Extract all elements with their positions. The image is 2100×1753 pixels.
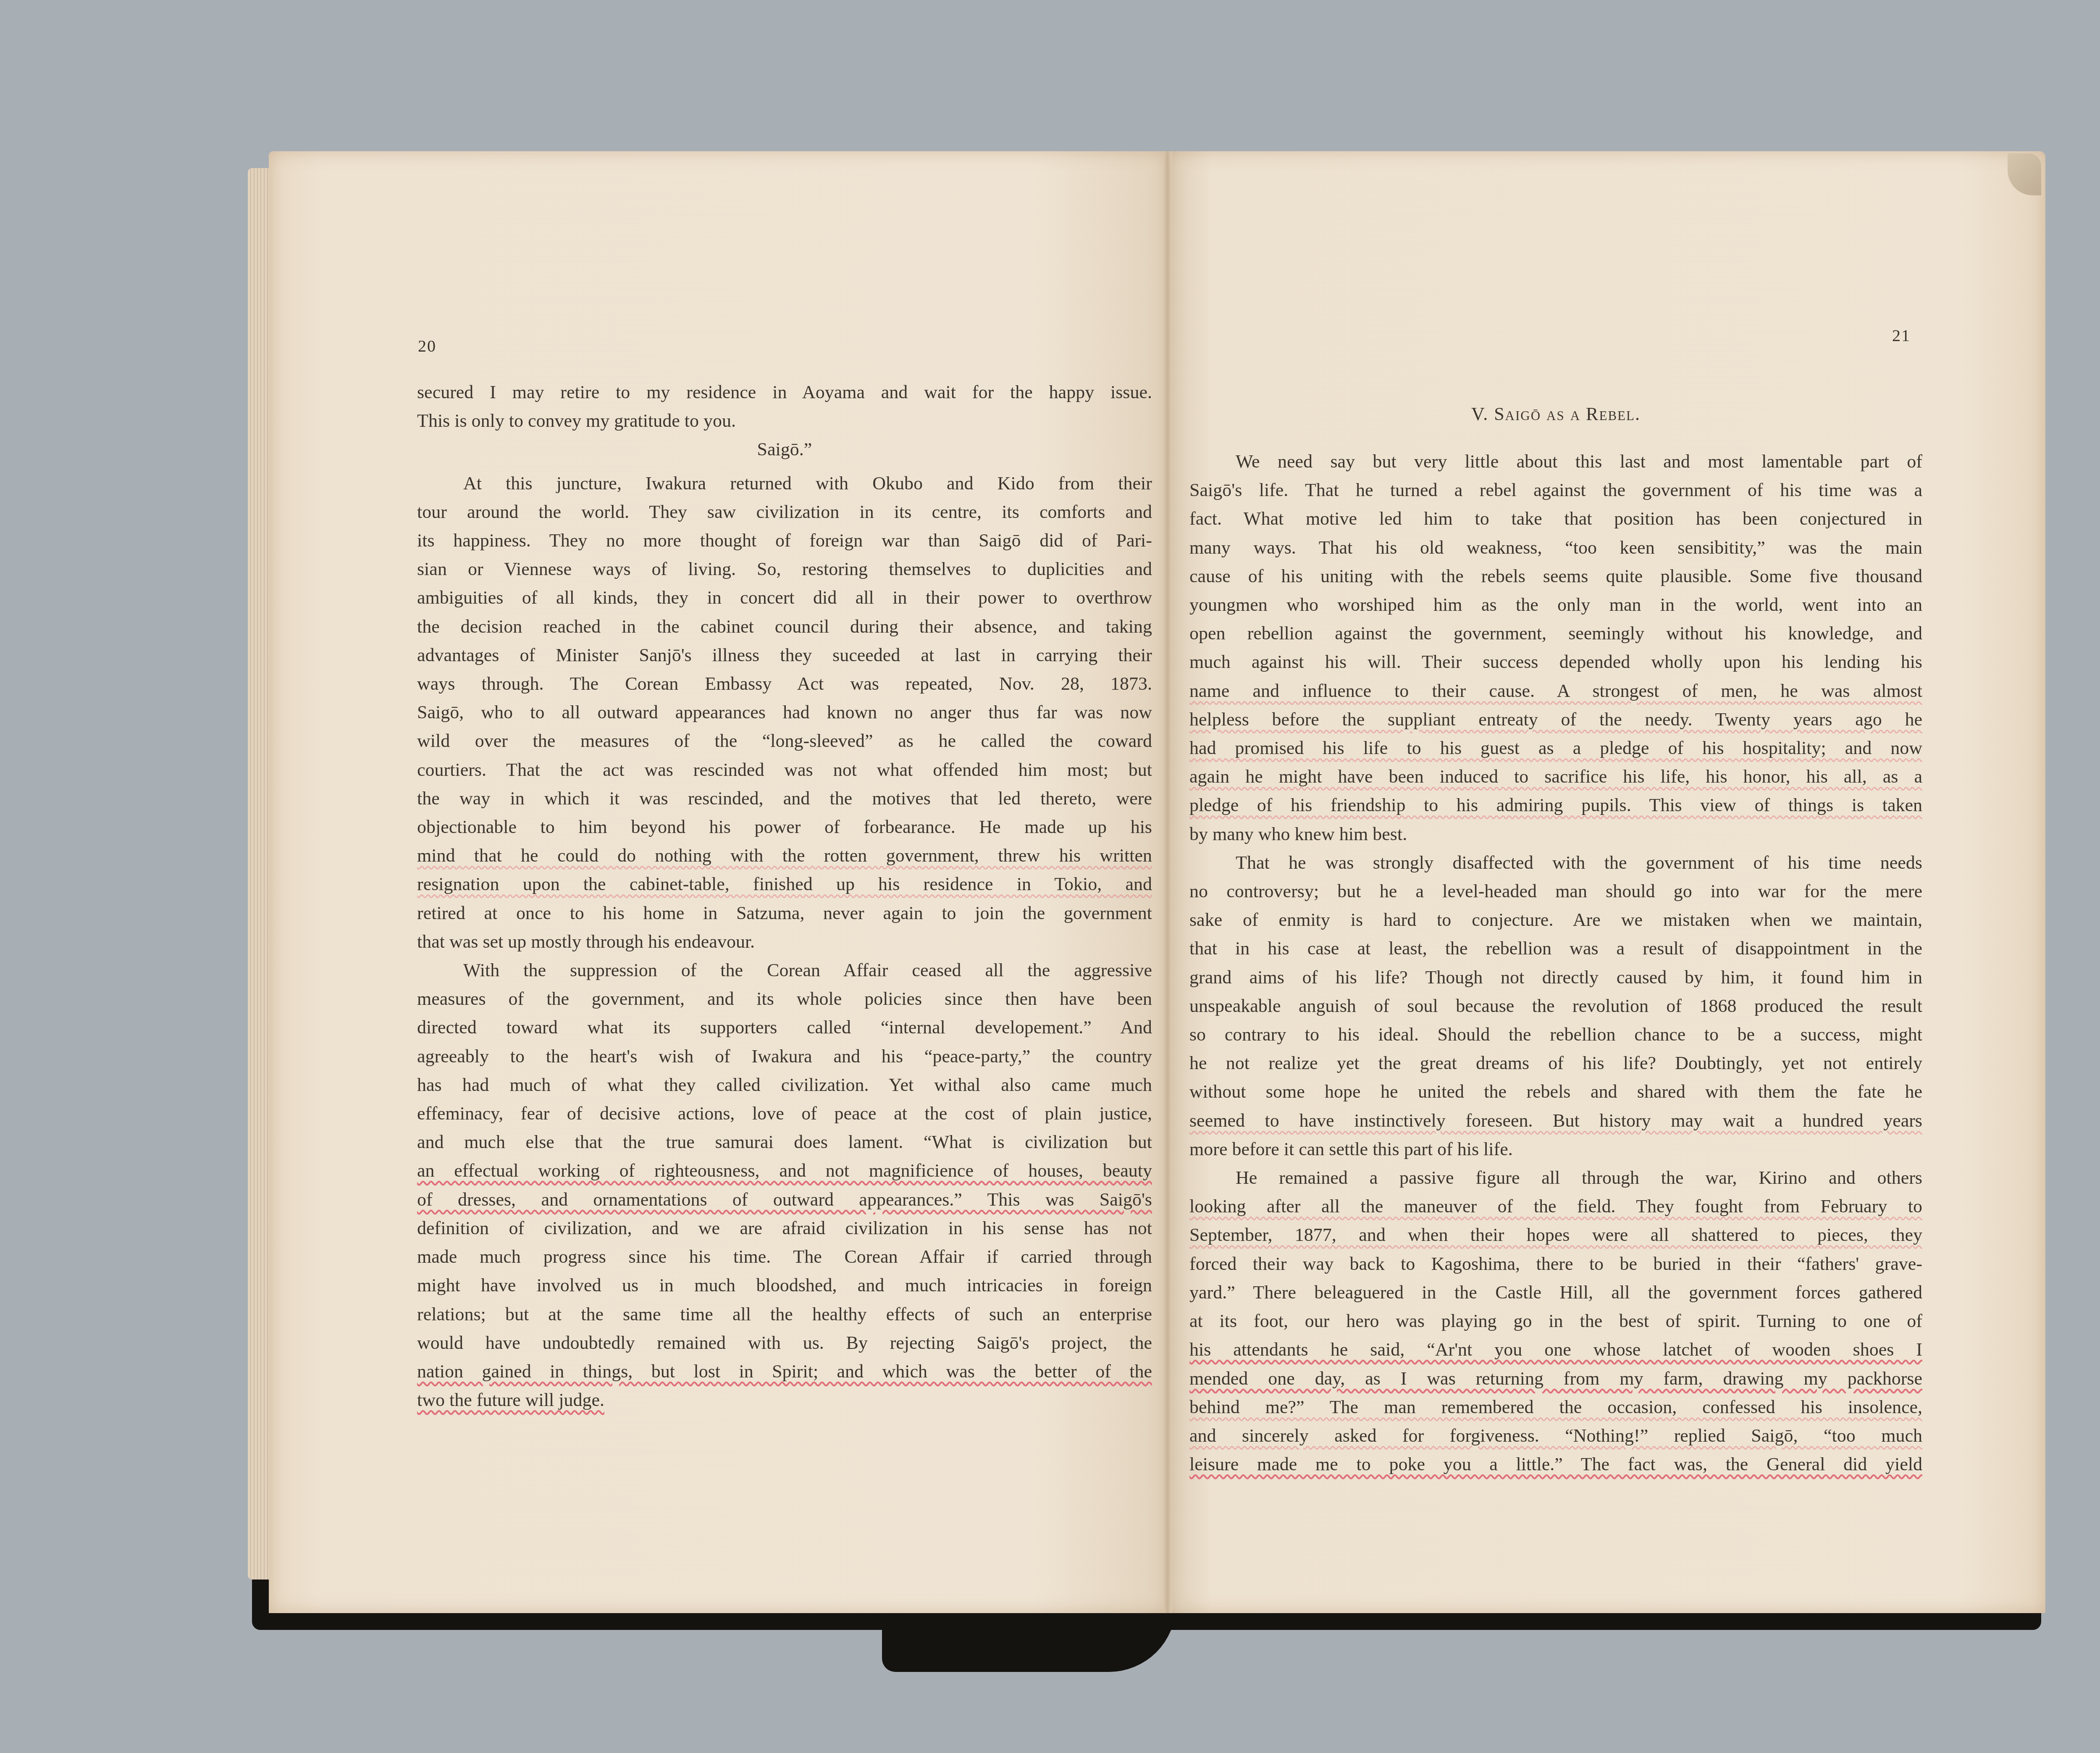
- book-gutter: [1163, 151, 1172, 1613]
- chapter-title-text: V. Saigō as a Rebel.: [1471, 404, 1641, 424]
- chapter-title: V. Saigō as a Rebel.: [1189, 403, 1922, 425]
- text-line: fact. What motive led him to take that p…: [1189, 505, 1922, 533]
- text-line: directed toward what its supporters call…: [417, 1013, 1152, 1042]
- text-line: That he was strongly disaffected with th…: [1189, 849, 1922, 877]
- text-line: by many who knew him best.: [1189, 820, 1922, 849]
- text-line: He remained a passive figure all through…: [1189, 1164, 1922, 1192]
- text-line: many ways. That his old weakness, “too k…: [1189, 534, 1922, 562]
- text-line-annotated: behind me?” The man remembered the occas…: [1189, 1393, 1922, 1422]
- page-number-right: 21: [1892, 326, 1911, 345]
- text-line-annotated: seemed to have instinctively foreseen. B…: [1189, 1106, 1922, 1135]
- text-line: has had much of what they called civiliz…: [417, 1071, 1152, 1099]
- text-line-annotated: resignation upon the cabinet-table, fini…: [417, 870, 1152, 899]
- right-page-text: We need say but very little about this l…: [1189, 447, 1922, 1479]
- text-line: would have undoubtedly remained with us.…: [417, 1329, 1152, 1357]
- text-line: no controversy; but he a level-headed ma…: [1189, 877, 1922, 906]
- paragraph: That he was strongly disaffected with th…: [1189, 849, 1922, 1164]
- text-line: forced their way back to Kagoshima, ther…: [1189, 1250, 1922, 1278]
- text-line-annotated: nation gained in things, but lost in Spi…: [417, 1357, 1152, 1386]
- text-line: retired at once to his home in Satzuma, …: [417, 899, 1152, 928]
- text-line: ways through. The Corean Embassy Act was…: [417, 670, 1152, 698]
- text-line-annotated: and sincerely asked for forgiveness. “No…: [1189, 1422, 1922, 1450]
- text-line: tour around the world. They saw civiliza…: [417, 498, 1152, 526]
- text-line: that in his case at least, the rebellion…: [1189, 934, 1922, 963]
- text-line-annotated: mind that he could do nothing with the r…: [417, 841, 1152, 870]
- text-line: might have involved us in much bloodshed…: [417, 1271, 1152, 1300]
- text-line: more before it can settle this part of h…: [1189, 1135, 1922, 1164]
- text-line-annotated: an effectual working of righteousness, a…: [417, 1156, 1152, 1185]
- text-line: agreeably to the heart's wish of Iwakura…: [417, 1042, 1152, 1071]
- text-line: sake of enmity is hard to conjecture. Ar…: [1189, 906, 1922, 934]
- letter-signature: Saigō.”: [417, 435, 1152, 464]
- text-line: This is only to convey my gratitude to y…: [417, 407, 1152, 435]
- text-line: grand aims of his life? Though not direc…: [1189, 963, 1922, 992]
- text-line: and much else that the true samurai does…: [417, 1128, 1152, 1156]
- text-line: the way in which it was rescinded, and t…: [417, 784, 1152, 813]
- text-line: so contrary to his ideal. Should the reb…: [1189, 1020, 1922, 1049]
- text-line: the decision reached in the cabinet coun…: [417, 612, 1152, 641]
- paragraph: With the suppression of the Corean Affai…: [417, 956, 1152, 1414]
- text-line-annotated: his attendants he said, “Ar'nt you one w…: [1189, 1335, 1922, 1364]
- text-line-annotated: leisure made me to poke you a little.” T…: [1189, 1450, 1922, 1479]
- text-line: courtiers. That the act was rescinded wa…: [417, 756, 1152, 784]
- text-line: much against his will. Their success dep…: [1189, 648, 1922, 676]
- text-line: open rebellion against the government, s…: [1189, 619, 1922, 648]
- text-line-annotated: two the future will judge.: [417, 1386, 1152, 1414]
- text-line: without some hope he united the rebels a…: [1189, 1078, 1922, 1106]
- paragraph: At this juncture, Iwakura returned with …: [417, 469, 1152, 956]
- left-page-text: secured I may retire to my residence in …: [417, 378, 1152, 1414]
- text-line-annotated: name and influence to their cause. A str…: [1189, 677, 1922, 705]
- text-line: We need say but very little about this l…: [1189, 447, 1922, 476]
- text-line: ambiguities of all kinds, they in concer…: [417, 583, 1152, 612]
- text-line: advantages of Minister Sanjō's illness t…: [417, 641, 1152, 670]
- text-line-annotated: helpless before the suppliant entreaty o…: [1189, 705, 1922, 734]
- text-line: that was set up mostly through his endea…: [417, 928, 1152, 956]
- text-line: made much progress since his time. The C…: [417, 1243, 1152, 1271]
- text-line-annotated: of dresses, and ornamentations of outwar…: [417, 1185, 1152, 1214]
- text-line: its happiness. They no more thought of f…: [417, 526, 1152, 555]
- text-line-annotated: again he might have been induced to sacr…: [1189, 762, 1922, 791]
- text-line-annotated: had promised his life to his guest as a …: [1189, 734, 1922, 762]
- text-line: yard.” There beleaguered in the Castle H…: [1189, 1278, 1922, 1307]
- text-line-annotated: September, 1877, and when their hopes we…: [1189, 1221, 1922, 1249]
- text-line: he not realize yet the great dreams of h…: [1189, 1049, 1922, 1078]
- text-line-annotated: looking after all the maneuver of the fi…: [1189, 1192, 1922, 1221]
- text-line: cause of his uniting with the rebels see…: [1189, 562, 1922, 591]
- text-line: With the suppression of the Corean Affai…: [417, 956, 1152, 985]
- text-line: unspeakable anguish of soul because the …: [1189, 992, 1922, 1020]
- text-line-annotated: mended one day, as I was returning from …: [1189, 1364, 1922, 1393]
- text-line: Saigō, who to all outward appearances ha…: [417, 698, 1152, 727]
- text-line: measures of the government, and its whol…: [417, 985, 1152, 1013]
- text-line: youngmen who worshiped him as the only m…: [1189, 591, 1922, 619]
- text-line: objectionable to him beyond his power of…: [417, 813, 1152, 841]
- text-line: At this juncture, Iwakura returned with …: [417, 469, 1152, 498]
- page-number-left: 20: [418, 336, 436, 356]
- text-line: secured I may retire to my residence in …: [417, 378, 1152, 407]
- text-line: effeminacy, fear of decisive actions, lo…: [417, 1099, 1152, 1128]
- text-line-annotated: pledge of his friendship to his admiring…: [1189, 791, 1922, 820]
- text-line: Saigō's life. That he turned a rebel aga…: [1189, 476, 1922, 505]
- text-line: relations; but at the same time all the …: [417, 1300, 1152, 1329]
- paragraph: We need say but very little about this l…: [1189, 447, 1922, 849]
- paragraph: He remained a passive figure all through…: [1189, 1164, 1922, 1479]
- text-line: wild over the measures of the “long-slee…: [417, 727, 1152, 755]
- text-line: at its foot, our hero was playing go in …: [1189, 1307, 1922, 1335]
- text-line: definition of civilization, and we are a…: [417, 1214, 1152, 1243]
- text-line: sian or Viennese ways of living. So, res…: [417, 555, 1152, 583]
